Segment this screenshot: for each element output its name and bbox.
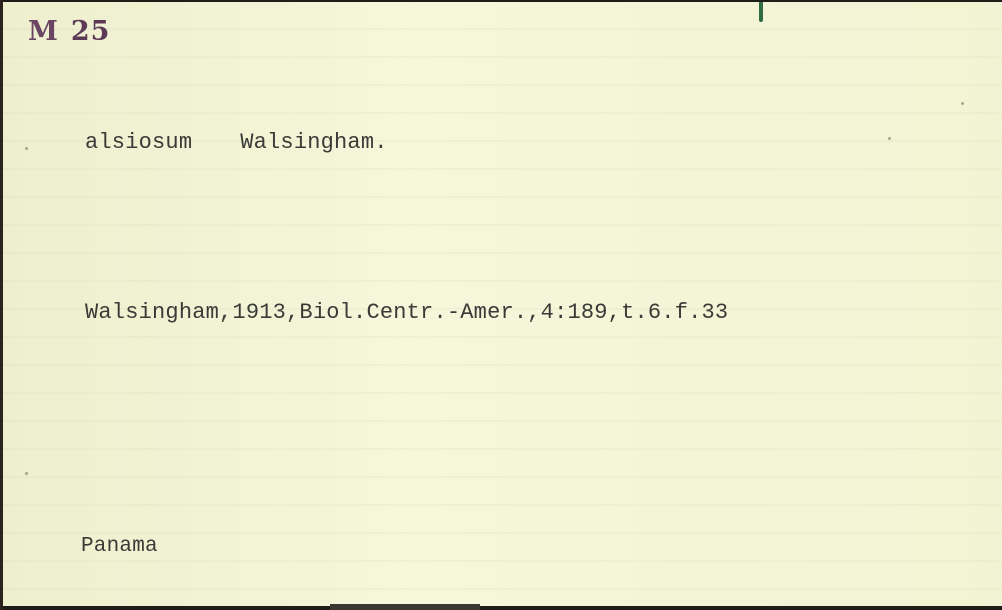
index-card: M25 alsiosumWalsingham. Walsingham,1913,… — [3, 2, 1002, 606]
taxon-name-line: alsiosumWalsingham. — [85, 130, 388, 155]
bottom-edge-shadow — [330, 604, 480, 610]
bibliographic-citation: Walsingham,1913,Biol.Centr.-Amer.,4:189,… — [85, 300, 728, 325]
card-number-stamp: M25 — [28, 16, 110, 47]
tab-marker — [759, 2, 763, 22]
paper-speck — [888, 137, 891, 140]
drawer-prefix: M — [28, 16, 59, 47]
author-name: Walsingham. — [240, 130, 387, 155]
paper-speck — [25, 472, 28, 475]
type-locality: Panama — [81, 535, 158, 558]
paper-speck — [25, 147, 28, 150]
card-number: 25 — [71, 16, 111, 47]
species-epithet: alsiosum — [85, 130, 192, 155]
paper-speck — [961, 102, 964, 105]
